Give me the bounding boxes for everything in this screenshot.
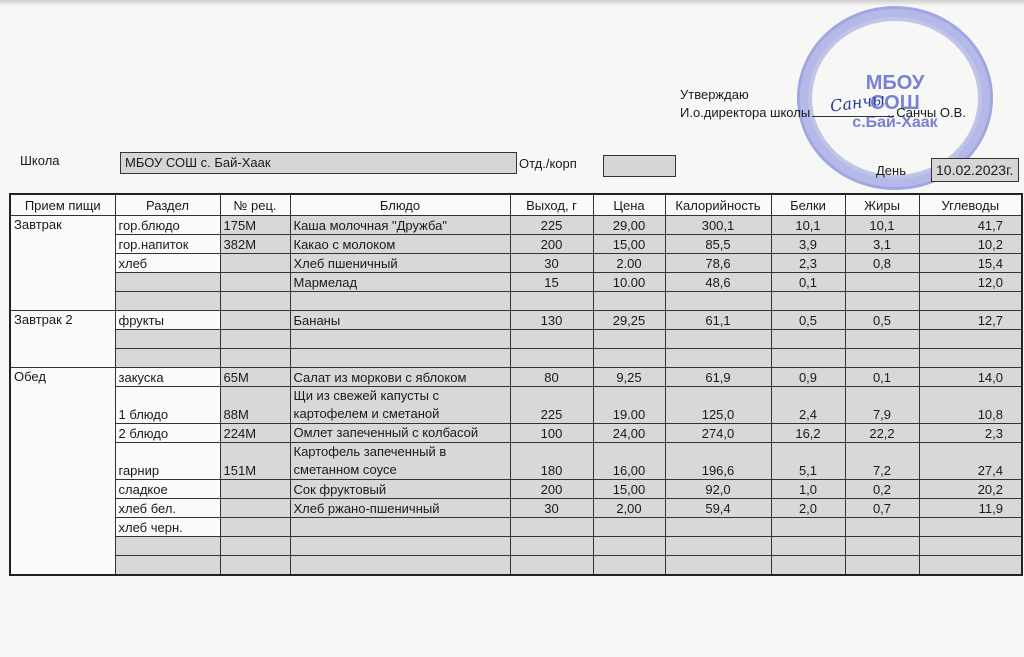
kcal-cell: 59,4 bbox=[665, 499, 771, 518]
recipe-cell bbox=[220, 330, 290, 349]
protein-cell: 0,5 bbox=[771, 311, 845, 330]
table-row: сладкоеСок фруктовый20015,0092,01,00,220… bbox=[10, 480, 1022, 499]
recipe-cell bbox=[220, 556, 290, 576]
kcal-cell: 300,1 bbox=[665, 216, 771, 235]
price-cell: 15,00 bbox=[593, 480, 665, 499]
carbs-cell: 15,4 bbox=[919, 254, 1022, 273]
carbs-cell: 10,2 bbox=[919, 235, 1022, 254]
price-cell: 29,00 bbox=[593, 216, 665, 235]
day-field: 10.02.2023г. bbox=[931, 158, 1019, 182]
kcal-cell bbox=[665, 537, 771, 556]
fat-cell: 22,2 bbox=[845, 424, 919, 443]
kcal-cell bbox=[665, 349, 771, 368]
yield-cell: 225 bbox=[510, 387, 593, 424]
price-cell: 16,00 bbox=[593, 443, 665, 480]
yield-cell: 200 bbox=[510, 235, 593, 254]
protein-cell: 0,9 bbox=[771, 368, 845, 387]
protein-cell: 2,3 bbox=[771, 254, 845, 273]
table-row bbox=[10, 537, 1022, 556]
fat-cell bbox=[845, 273, 919, 292]
fat-cell bbox=[845, 330, 919, 349]
price-cell bbox=[593, 330, 665, 349]
column-header: Белки bbox=[771, 194, 845, 216]
meal-cell: Обед bbox=[10, 368, 115, 576]
kcal-cell: 274,0 bbox=[665, 424, 771, 443]
day-label: День bbox=[876, 163, 906, 178]
price-cell: 9,25 bbox=[593, 368, 665, 387]
section-cell bbox=[115, 349, 220, 368]
protein-cell: 10,1 bbox=[771, 216, 845, 235]
dish-cell bbox=[290, 556, 510, 576]
column-header: Раздел bbox=[115, 194, 220, 216]
section-cell: закуска bbox=[115, 368, 220, 387]
school-field: МБОУ СОШ с. Бай-Хаак bbox=[120, 152, 517, 174]
menu-table: Прием пищиРаздел№ рец.БлюдоВыход, гЦенаК… bbox=[9, 193, 1023, 576]
section-cell: гарнир bbox=[115, 443, 220, 480]
dish-cell: Какао с молоком bbox=[290, 235, 510, 254]
dish-cell bbox=[290, 537, 510, 556]
yield-cell: 200 bbox=[510, 480, 593, 499]
dish-cell: Бананы bbox=[290, 311, 510, 330]
price-cell: 2,00 bbox=[593, 499, 665, 518]
fat-cell: 0,1 bbox=[845, 368, 919, 387]
dish-cell: Картофель запеченный в сметанном соусе bbox=[290, 443, 510, 480]
recipe-cell: 382М bbox=[220, 235, 290, 254]
yield-cell bbox=[510, 349, 593, 368]
recipe-cell: 224М bbox=[220, 424, 290, 443]
carbs-cell: 27,4 bbox=[919, 443, 1022, 480]
kcal-cell bbox=[665, 518, 771, 537]
signature-line: Санчы bbox=[812, 104, 894, 117]
table-row: Обедзакуска65МСалат из моркови с яблоком… bbox=[10, 368, 1022, 387]
yield-cell: 80 bbox=[510, 368, 593, 387]
approval-role: И.о.директора школы bbox=[680, 105, 810, 120]
table-row: Завтрак 2фруктыБананы13029,2561,10,50,51… bbox=[10, 311, 1022, 330]
yield-cell: 225 bbox=[510, 216, 593, 235]
carbs-cell bbox=[919, 537, 1022, 556]
protein-cell: 5,1 bbox=[771, 443, 845, 480]
price-cell: 19.00 bbox=[593, 387, 665, 424]
table-row: Мармелад1510.0048,60,112,0 bbox=[10, 273, 1022, 292]
section-cell bbox=[115, 330, 220, 349]
meal-cell: Завтрак bbox=[10, 216, 115, 311]
section-cell: хлеб bbox=[115, 254, 220, 273]
protein-cell: 16,2 bbox=[771, 424, 845, 443]
carbs-cell bbox=[919, 349, 1022, 368]
column-header: Углеводы bbox=[919, 194, 1022, 216]
table-row: гарнир151МКартофель запеченный в сметанн… bbox=[10, 443, 1022, 480]
kcal-cell: 196,6 bbox=[665, 443, 771, 480]
column-header: № рец. bbox=[220, 194, 290, 216]
price-cell bbox=[593, 349, 665, 368]
yield-cell bbox=[510, 292, 593, 311]
price-cell: 24,00 bbox=[593, 424, 665, 443]
yield-cell: 15 bbox=[510, 273, 593, 292]
meal-cell: Завтрак 2 bbox=[10, 311, 115, 368]
column-header: Блюдо bbox=[290, 194, 510, 216]
dish-cell: Хлеб ржано-пшеничный bbox=[290, 499, 510, 518]
fat-cell bbox=[845, 537, 919, 556]
table-row bbox=[10, 330, 1022, 349]
carbs-cell: 10,8 bbox=[919, 387, 1022, 424]
protein-cell: 2,4 bbox=[771, 387, 845, 424]
column-header: Калорийность bbox=[665, 194, 771, 216]
dish-cell: Омлет запеченный с колбасой bbox=[290, 424, 510, 443]
carbs-cell: 20,2 bbox=[919, 480, 1022, 499]
table-row bbox=[10, 292, 1022, 311]
yield-cell bbox=[510, 330, 593, 349]
protein-cell: 0,1 bbox=[771, 273, 845, 292]
fat-cell bbox=[845, 349, 919, 368]
dish-cell bbox=[290, 349, 510, 368]
price-cell bbox=[593, 518, 665, 537]
price-cell: 15,00 bbox=[593, 235, 665, 254]
recipe-cell: 88М bbox=[220, 387, 290, 424]
kcal-cell: 92,0 bbox=[665, 480, 771, 499]
dish-cell: Щи из свежей капусты с картофелем и смет… bbox=[290, 387, 510, 424]
approval-block: Утверждаю И.о.директора школыСанчыСанчы … bbox=[680, 86, 966, 122]
yield-cell bbox=[510, 556, 593, 576]
section-cell: фрукты bbox=[115, 311, 220, 330]
carbs-cell: 14,0 bbox=[919, 368, 1022, 387]
approval-title: Утверждаю bbox=[680, 86, 966, 104]
recipe-cell bbox=[220, 480, 290, 499]
dish-cell bbox=[290, 518, 510, 537]
dish-cell: Сок фруктовый bbox=[290, 480, 510, 499]
kcal-cell: 78,6 bbox=[665, 254, 771, 273]
dish-cell bbox=[290, 292, 510, 311]
fat-cell: 0,2 bbox=[845, 480, 919, 499]
kcal-cell: 48,6 bbox=[665, 273, 771, 292]
yield-cell: 30 bbox=[510, 254, 593, 273]
fat-cell bbox=[845, 556, 919, 576]
kcal-cell: 61,1 bbox=[665, 311, 771, 330]
fat-cell: 0,5 bbox=[845, 311, 919, 330]
carbs-cell: 11,9 bbox=[919, 499, 1022, 518]
yield-cell bbox=[510, 518, 593, 537]
price-cell: 10.00 bbox=[593, 273, 665, 292]
kcal-cell: 125,0 bbox=[665, 387, 771, 424]
table-row: хлеб черн. bbox=[10, 518, 1022, 537]
recipe-cell: 175М bbox=[220, 216, 290, 235]
price-cell: 29,25 bbox=[593, 311, 665, 330]
price-cell bbox=[593, 292, 665, 311]
recipe-cell bbox=[220, 292, 290, 311]
section-cell bbox=[115, 537, 220, 556]
kcal-cell bbox=[665, 556, 771, 576]
yield-cell bbox=[510, 537, 593, 556]
section-cell: хлеб черн. bbox=[115, 518, 220, 537]
dish-cell: Салат из моркови с яблоком bbox=[290, 368, 510, 387]
dish-cell: Каша молочная "Дружба" bbox=[290, 216, 510, 235]
fat-cell: 3,1 bbox=[845, 235, 919, 254]
fat-cell bbox=[845, 518, 919, 537]
carbs-cell: 2,3 bbox=[919, 424, 1022, 443]
column-header: Цена bbox=[593, 194, 665, 216]
approval-name: Санчы О.В. bbox=[896, 105, 966, 120]
carbs-cell bbox=[919, 292, 1022, 311]
yield-cell: 30 bbox=[510, 499, 593, 518]
carbs-cell: 12,0 bbox=[919, 273, 1022, 292]
fat-cell: 0,8 bbox=[845, 254, 919, 273]
scan-edge bbox=[0, 0, 1024, 6]
recipe-cell: 151М bbox=[220, 443, 290, 480]
column-header: Выход, г bbox=[510, 194, 593, 216]
dept-field bbox=[603, 155, 676, 177]
yield-cell: 100 bbox=[510, 424, 593, 443]
recipe-cell bbox=[220, 349, 290, 368]
table-row: гор.напиток382МКакао с молоком20015,0085… bbox=[10, 235, 1022, 254]
price-cell bbox=[593, 556, 665, 576]
price-cell: 2.00 bbox=[593, 254, 665, 273]
section-cell: 1 блюдо bbox=[115, 387, 220, 424]
dish-cell: Хлеб пшеничный bbox=[290, 254, 510, 273]
table-header-row: Прием пищиРаздел№ рец.БлюдоВыход, гЦенаК… bbox=[10, 194, 1022, 216]
recipe-cell bbox=[220, 254, 290, 273]
recipe-cell bbox=[220, 518, 290, 537]
protein-cell bbox=[771, 330, 845, 349]
kcal-cell bbox=[665, 330, 771, 349]
dept-label: Отд./корп bbox=[519, 156, 577, 171]
recipe-cell bbox=[220, 311, 290, 330]
kcal-cell bbox=[665, 292, 771, 311]
section-cell: хлеб бел. bbox=[115, 499, 220, 518]
price-cell bbox=[593, 537, 665, 556]
section-cell: гор.блюдо bbox=[115, 216, 220, 235]
table-row: хлеб бел.Хлеб ржано-пшеничный302,0059,42… bbox=[10, 499, 1022, 518]
section-cell: гор.напиток bbox=[115, 235, 220, 254]
table-row: 1 блюдо88МЩи из свежей капусты с картофе… bbox=[10, 387, 1022, 424]
fat-cell: 7,9 bbox=[845, 387, 919, 424]
kcal-cell: 61,9 bbox=[665, 368, 771, 387]
recipe-cell bbox=[220, 537, 290, 556]
section-cell bbox=[115, 556, 220, 576]
protein-cell: 1,0 bbox=[771, 480, 845, 499]
fat-cell: 10,1 bbox=[845, 216, 919, 235]
yield-cell: 180 bbox=[510, 443, 593, 480]
table-row: Завтракгор.блюдо175МКаша молочная "Дружб… bbox=[10, 216, 1022, 235]
table-row: хлебХлеб пшеничный302.0078,62,30,815,4 bbox=[10, 254, 1022, 273]
protein-cell bbox=[771, 556, 845, 576]
protein-cell bbox=[771, 518, 845, 537]
fat-cell bbox=[845, 292, 919, 311]
column-header: Жиры bbox=[845, 194, 919, 216]
protein-cell bbox=[771, 537, 845, 556]
school-label: Школа bbox=[20, 153, 60, 168]
recipe-cell bbox=[220, 273, 290, 292]
dish-cell bbox=[290, 330, 510, 349]
table-row bbox=[10, 349, 1022, 368]
carbs-cell: 41,7 bbox=[919, 216, 1022, 235]
table-row: 2 блюдо224МОмлет запеченный с колбасой10… bbox=[10, 424, 1022, 443]
fat-cell: 7,2 bbox=[845, 443, 919, 480]
recipe-cell bbox=[220, 499, 290, 518]
protein-cell: 3,9 bbox=[771, 235, 845, 254]
carbs-cell: 12,7 bbox=[919, 311, 1022, 330]
carbs-cell bbox=[919, 330, 1022, 349]
protein-cell: 2,0 bbox=[771, 499, 845, 518]
kcal-cell: 85,5 bbox=[665, 235, 771, 254]
section-cell: сладкое bbox=[115, 480, 220, 499]
yield-cell: 130 bbox=[510, 311, 593, 330]
section-cell bbox=[115, 273, 220, 292]
section-cell bbox=[115, 292, 220, 311]
column-header: Прием пищи bbox=[10, 194, 115, 216]
table-row bbox=[10, 556, 1022, 576]
fat-cell: 0,7 bbox=[845, 499, 919, 518]
dish-cell: Мармелад bbox=[290, 273, 510, 292]
protein-cell bbox=[771, 349, 845, 368]
recipe-cell: 65М bbox=[220, 368, 290, 387]
carbs-cell bbox=[919, 518, 1022, 537]
section-cell: 2 блюдо bbox=[115, 424, 220, 443]
protein-cell bbox=[771, 292, 845, 311]
carbs-cell bbox=[919, 556, 1022, 576]
